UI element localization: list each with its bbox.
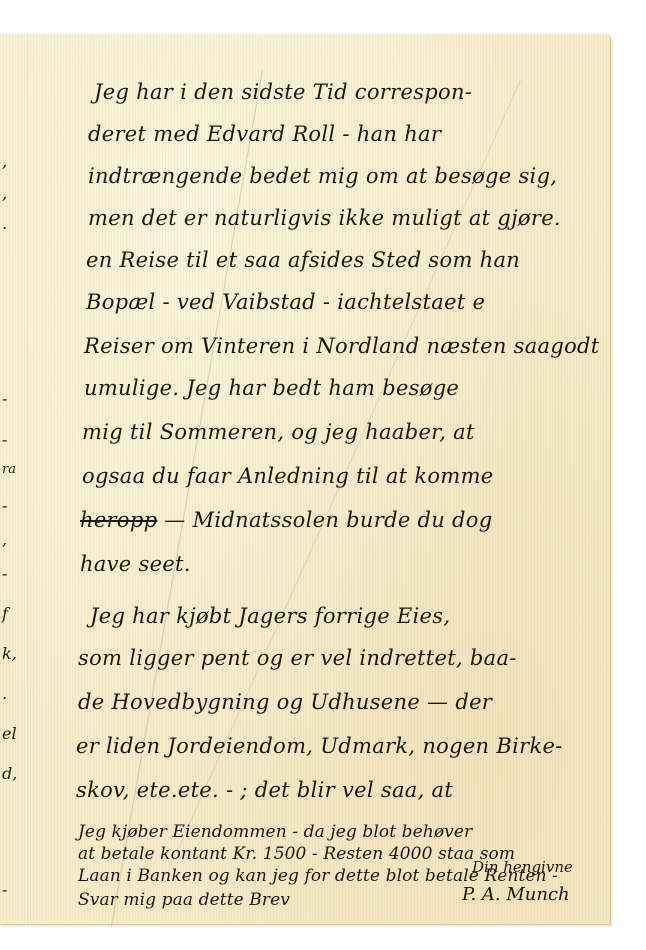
left-fragment: - — [2, 430, 7, 449]
left-fragment: - — [2, 496, 7, 515]
letter-line: have seet. — [80, 552, 191, 576]
left-fragment: . — [2, 214, 7, 233]
left-fragment: d, — [2, 764, 17, 783]
letter-line: som ligger pent og er vel indrettet, baa… — [78, 646, 517, 670]
letter-closing: Din hengivne — [472, 858, 573, 876]
left-fragment: - — [2, 389, 7, 408]
letter-line: Bopæl - ved Vaibstad - iachtelstaet e — [86, 290, 485, 314]
letter-signature: P. A. Munch — [462, 884, 570, 905]
paper-fold-line — [26, 34, 28, 924]
letter-line: Jeg har kjøbt Jagers forrige Eies, — [90, 604, 450, 628]
letter-line: de Hovedbygning og Udhusene — der — [78, 690, 492, 714]
letter-line: umulige. Jeg har bedt ham besøge — [84, 376, 459, 400]
letter-line: skov, ete.ete. - ; det blir vel saa, at — [76, 778, 453, 802]
left-fragment: . — [2, 684, 7, 703]
letter-line: Reiser om Vinteren i Nordland næsten saa… — [84, 334, 600, 358]
struck-word: heropp — [80, 508, 157, 532]
left-fragment: f — [2, 604, 8, 623]
left-fragment: , — [2, 152, 7, 171]
letter-line: er liden Jordeiendom, Udmark, nogen Birk… — [76, 734, 563, 758]
letter-line: mig til Sommeren, og jeg haaber, at — [82, 420, 475, 444]
letter-line: en Reise til et saa afsides Sted som han — [86, 248, 520, 272]
letter-line: men det er naturligvis ikke muligt at gj… — [88, 206, 561, 230]
left-fragment: - — [2, 880, 7, 899]
letter-line: heropp — Midnatssolen burde du dog — [80, 508, 493, 532]
left-fragment: - — [2, 564, 7, 583]
left-page-edge: , , . - - ra - , - f k, . el d, - — [0, 34, 26, 924]
left-fragment: ra — [2, 462, 16, 477]
left-fragment: , — [2, 184, 7, 203]
letter-line: ogsaa du faar Anledning til at komme — [82, 464, 494, 488]
letter-line: Svar mig paa dette Brev — [78, 890, 290, 910]
left-fragment: k, — [2, 644, 17, 663]
letter-line: at betale kontant Kr. 1500 - Resten 4000… — [78, 844, 515, 864]
letter-line: Jeg kjøber Eiendommen - da jeg blot behø… — [78, 822, 472, 842]
left-fragment: , — [2, 530, 7, 549]
letter-line: Jeg har i den sidste Tid correspon- — [94, 80, 472, 104]
letter-line: deret med Edvard Roll - han har — [88, 122, 441, 146]
letter-line: indtrængende bedet mig om at besøge sig, — [88, 164, 557, 188]
left-fragment: el — [2, 724, 17, 743]
